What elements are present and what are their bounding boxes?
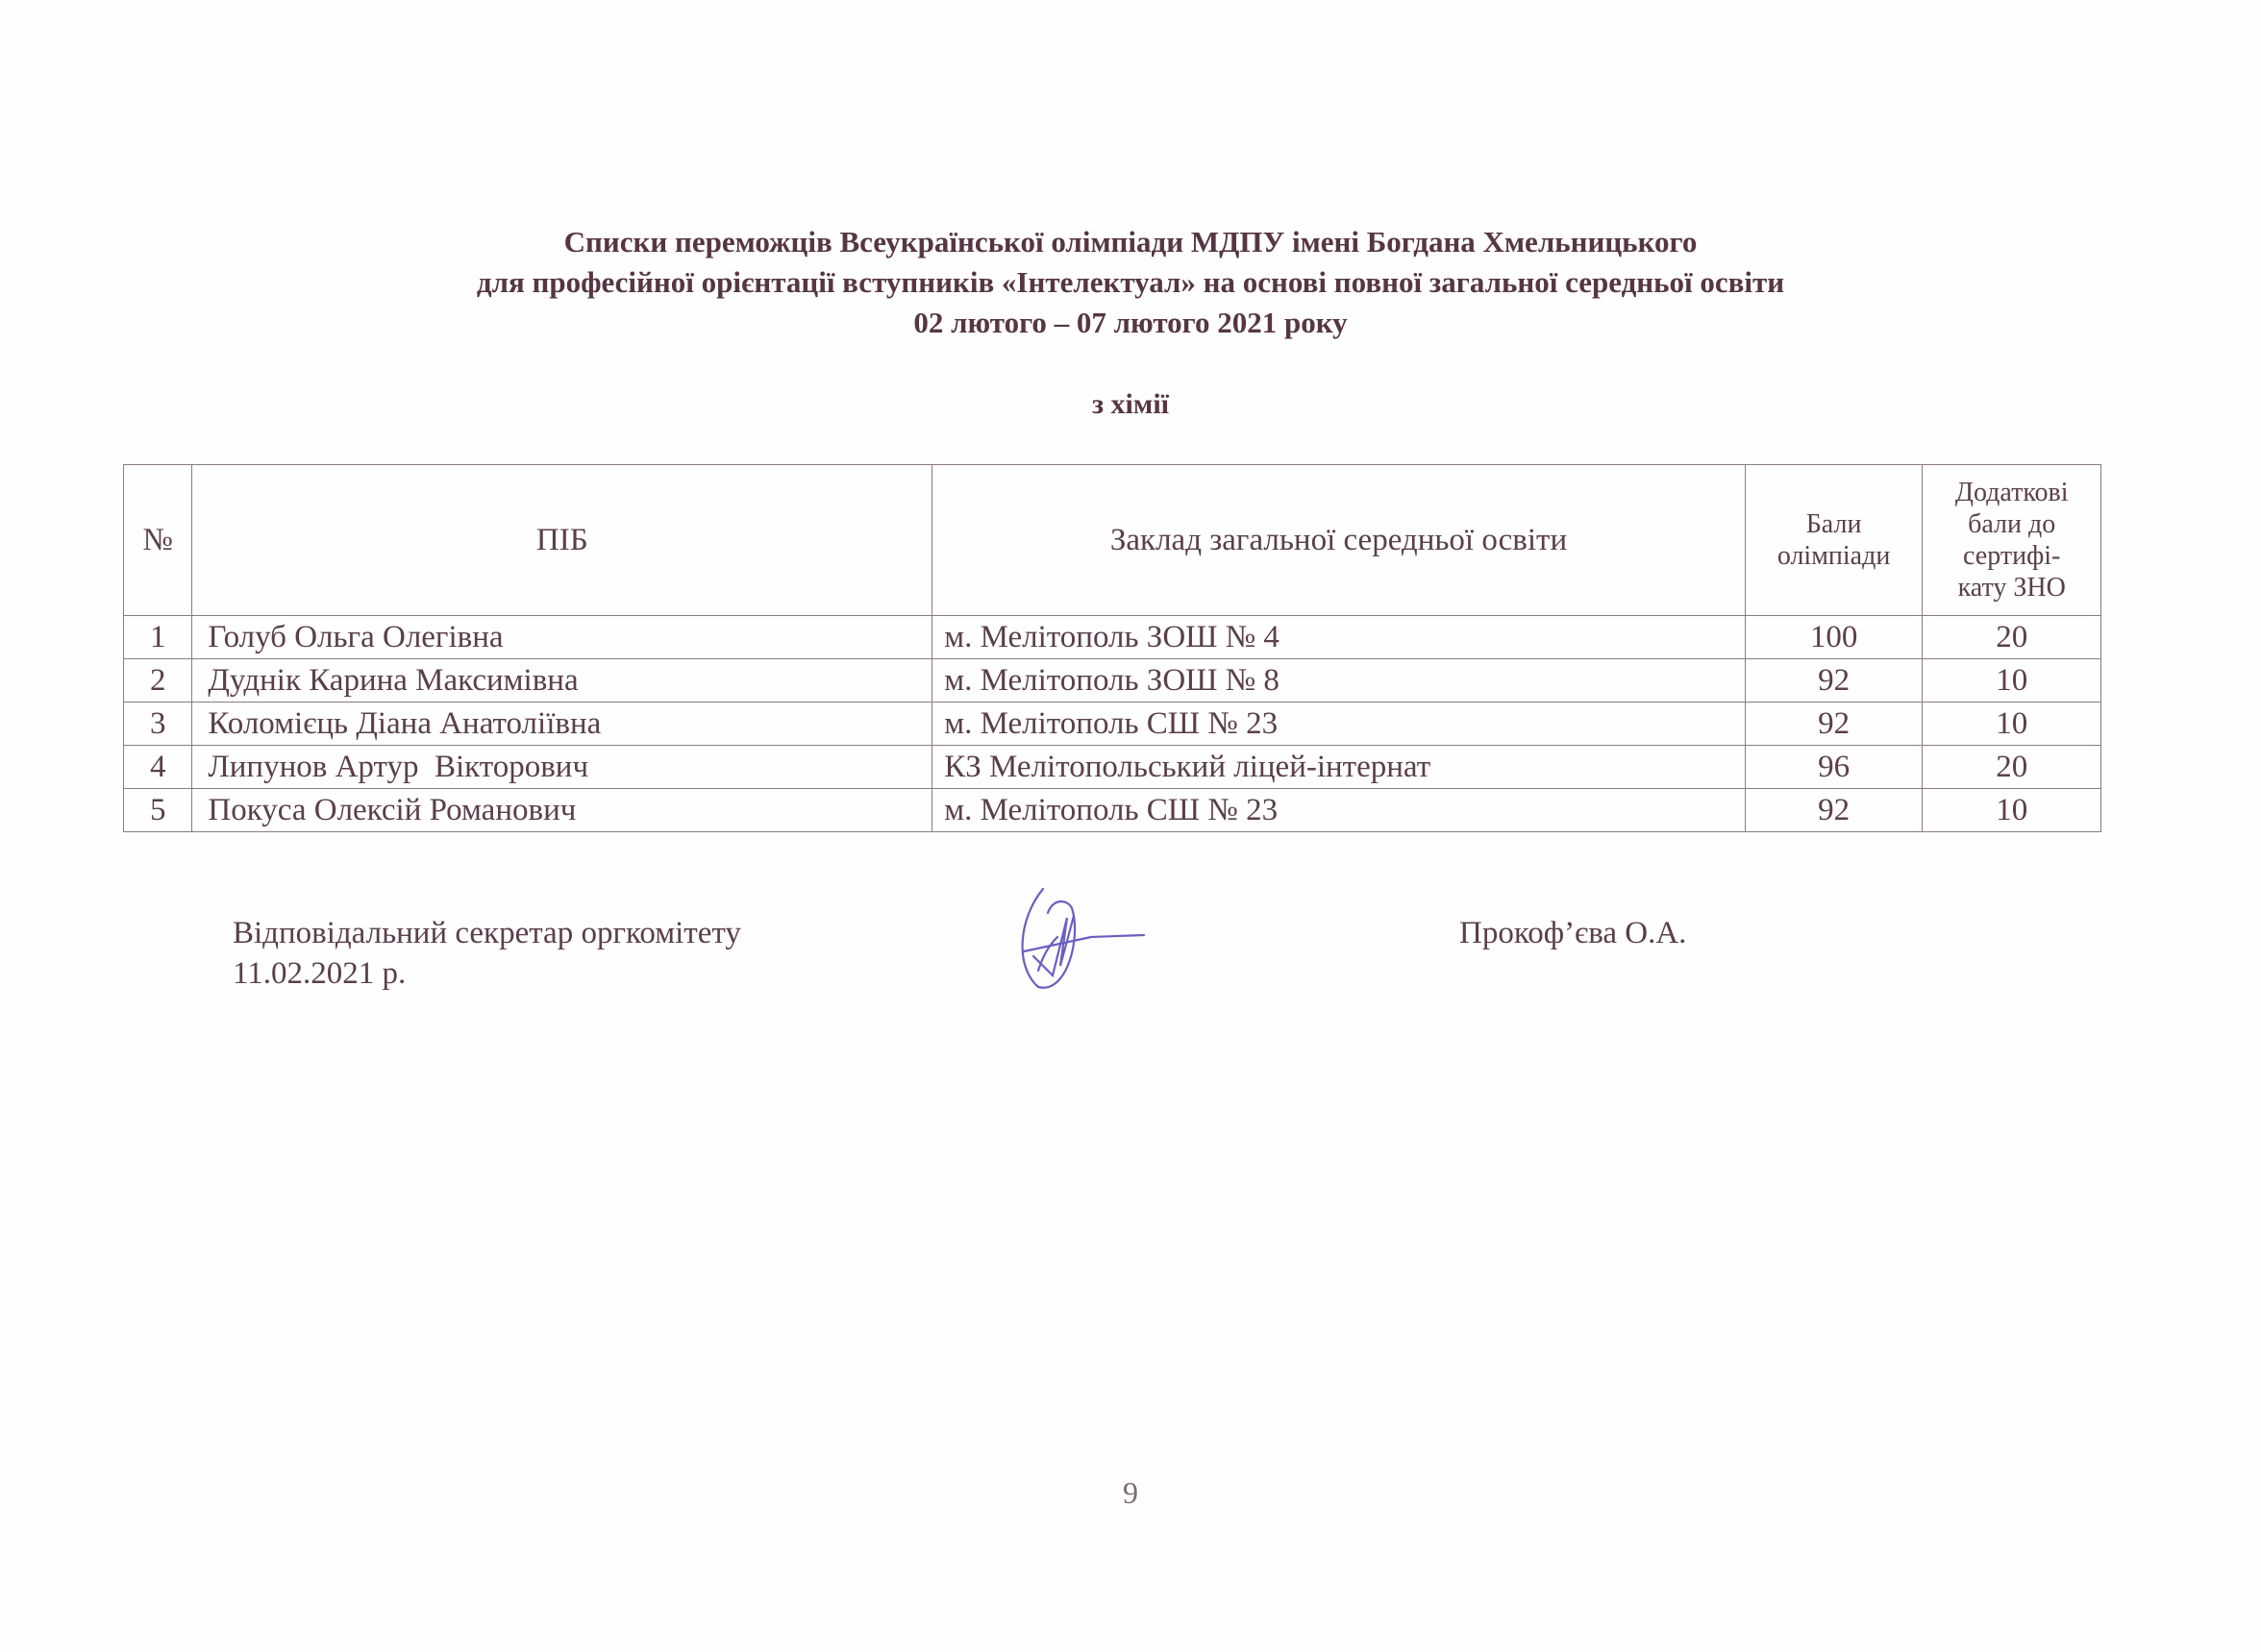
row-number: 1 bbox=[124, 616, 192, 659]
winners-table: № ПІБ Заклад загальної середньої освіти … bbox=[123, 464, 2101, 832]
participant-name: Коломієць Діана Анатоліївна bbox=[192, 703, 932, 746]
bonus-points: 20 bbox=[1923, 746, 2101, 789]
table-header-row: № ПІБ Заклад загальної середньої освіти … bbox=[124, 465, 2101, 616]
bonus-points: 10 bbox=[1923, 789, 2101, 832]
column-header-score: Бали олімпіади bbox=[1745, 465, 1923, 616]
signing-date: 11.02.2021 р. bbox=[233, 953, 741, 994]
row-number: 3 bbox=[124, 703, 192, 746]
footer-left: Відповідальний секретар оргкомітету 11.0… bbox=[233, 913, 741, 994]
column-header-score-label: Бали олімпіади bbox=[1762, 508, 1906, 572]
olympiad-score: 100 bbox=[1745, 616, 1923, 659]
signatory-position: Відповідальний секретар оргкомітету bbox=[233, 913, 741, 953]
column-header-school: Заклад загальної середньої освіти bbox=[932, 465, 1746, 616]
olympiad-score: 92 bbox=[1745, 789, 1923, 832]
participant-name: Липунов Артур Вікторович bbox=[192, 746, 932, 789]
olympiad-score: 92 bbox=[1745, 703, 1923, 746]
school-name: м. Мелітополь СШ № 23 bbox=[932, 789, 1746, 832]
subject-heading: з хімії bbox=[0, 388, 2261, 421]
column-header-name: ПІБ bbox=[192, 465, 932, 616]
bonus-points: 10 bbox=[1923, 659, 2101, 703]
document-title-line-1: Списки переможців Всеукраїнської олімпіа… bbox=[0, 223, 2261, 261]
participant-name: Покуса Олексій Романович bbox=[192, 789, 932, 832]
page-number: 9 bbox=[0, 1475, 2261, 1511]
document-title-line-2: для професійної орієнтації вступників «І… bbox=[0, 263, 2261, 302]
document-date-range: 02 лютого – 07 лютого 2021 року bbox=[0, 304, 2261, 342]
table-row: 5Покуса Олексій Романовичм. Мелітополь С… bbox=[124, 789, 2101, 832]
olympiad-score: 96 bbox=[1745, 746, 1923, 789]
bonus-points: 20 bbox=[1923, 616, 2101, 659]
table-row: 2Дуднік Карина Максимівнам. Мелітополь З… bbox=[124, 659, 2101, 703]
column-header-number: № bbox=[124, 465, 192, 616]
participant-name: Дуднік Карина Максимівна bbox=[192, 659, 932, 703]
bonus-points: 10 bbox=[1923, 703, 2101, 746]
table-row: 3Коломієць Діана Анатоліївнам. Мелітопол… bbox=[124, 703, 2101, 746]
school-name: м. Мелітополь СШ № 23 bbox=[932, 703, 1746, 746]
row-number: 4 bbox=[124, 746, 192, 789]
column-header-bonus-label: Додаткові бали до сертифі-кату ЗНО bbox=[1940, 477, 2084, 604]
signature-icon bbox=[1014, 879, 1149, 995]
participant-name: Голуб Ольга Олегівна bbox=[192, 616, 932, 659]
olympiad-score: 92 bbox=[1745, 659, 1923, 703]
table-row: 4Липунов Артур ВікторовичКЗ Мелітопольсь… bbox=[124, 746, 2101, 789]
signatory-name: Прокоф’єва О.А. bbox=[1459, 913, 1686, 953]
row-number: 5 bbox=[124, 789, 192, 832]
school-name: КЗ Мелітопольський ліцей-інтернат bbox=[932, 746, 1746, 789]
table-row: 1Голуб Ольга Олегівнам. Мелітополь ЗОШ №… bbox=[124, 616, 2101, 659]
column-header-bonus: Додаткові бали до сертифі-кату ЗНО bbox=[1923, 465, 2101, 616]
school-name: м. Мелітополь ЗОШ № 8 bbox=[932, 659, 1746, 703]
school-name: м. Мелітополь ЗОШ № 4 bbox=[932, 616, 1746, 659]
row-number: 2 bbox=[124, 659, 192, 703]
